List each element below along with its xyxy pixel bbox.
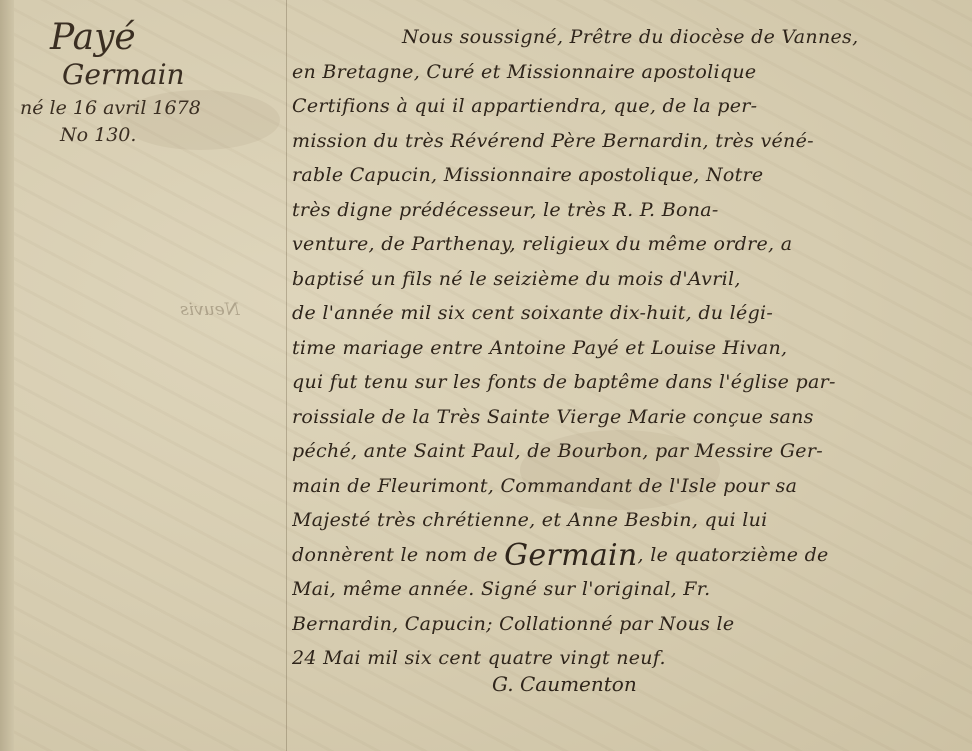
text-line-11: qui fut tenu sur les fonts de baptême da…: [292, 365, 962, 400]
text-line-14: main de Fleurimont, Commandant de l'Isle…: [292, 469, 962, 504]
text-line-13: péché, ante Saint Paul, de Bourbon, par …: [292, 434, 962, 469]
document-page: Neuvis Payé Germain né le 16 avril 1678 …: [0, 0, 972, 751]
text-line-6: très digne prédécesseur, le très R. P. B…: [292, 193, 962, 228]
margin-surname: Payé: [50, 18, 280, 58]
baptismal-name: Germain: [504, 538, 637, 573]
bleed-through-text: Neuvis: [180, 300, 240, 320]
certificate-body: Nous soussigné, Prêtre du diocèse de Van…: [292, 20, 962, 676]
margin-given-name: Germain: [62, 58, 280, 92]
page-edge: [0, 0, 14, 751]
text-line-16: donnèrent le nom de Germain, le quatorzi…: [292, 538, 962, 573]
text-line-9: de l'année mil six cent soixante dix-hui…: [292, 296, 962, 331]
text-line-15: Majesté très chrétienne, et Anne Besbin,…: [292, 503, 962, 538]
text-line-12: roissiale de la Très Sainte Vierge Marie…: [292, 400, 962, 435]
margin-record-number: No 130.: [60, 122, 280, 148]
text-line-3: Certifions à qui il appartiendra, que, d…: [292, 89, 962, 124]
text-line-8: baptisé un fils né le seizième du mois d…: [292, 262, 962, 297]
text-line-7: venture, de Parthenay, religieux du même…: [292, 227, 962, 262]
text-line-18: Bernardin, Capucin; Collationné par Nous…: [292, 607, 962, 642]
text-line-5: rable Capucin, Missionnaire apostolique,…: [292, 158, 962, 193]
text-line-17: Mai, même année. Signé sur l'original, F…: [292, 572, 962, 607]
margin-note: Payé Germain né le 16 avril 1678 No 130.: [20, 18, 280, 148]
text-line-1: Nous soussigné, Prêtre du diocèse de Van…: [292, 20, 962, 55]
text-line-2: en Bretagne, Curé et Missionnaire aposto…: [292, 55, 962, 90]
text-line-19: 24 Mai mil six cent quatre vingt neuf.: [292, 641, 962, 676]
signature: G. Caumenton: [492, 672, 637, 696]
text-line-16-start: donnèrent le nom de: [292, 544, 498, 566]
margin-rule: [286, 0, 287, 751]
text-line-4: mission du très Révérend Père Bernardin,…: [292, 124, 962, 159]
text-line-16-end: , le quatorzième de: [638, 544, 829, 566]
margin-birth-date: né le 16 avril 1678: [20, 94, 280, 122]
text-line-10: time mariage entre Antoine Payé et Louis…: [292, 331, 962, 366]
